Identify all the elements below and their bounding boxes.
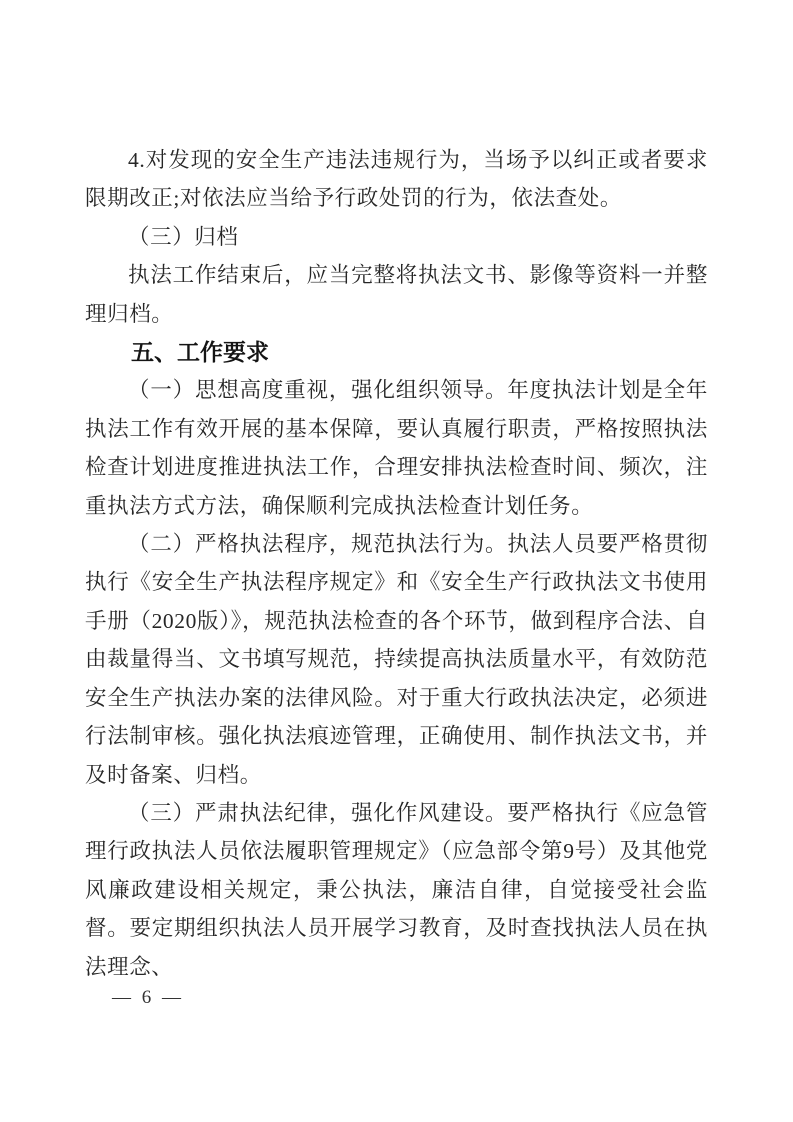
section-heading-work-requirements: 五、工作要求: [85, 333, 708, 371]
subheading-archiving: （三）归档: [85, 218, 708, 256]
paragraph-archiving-body: 执法工作结束后，应当完整将执法文书、影像等资料一并整理归档。: [85, 256, 708, 333]
document-page: 4.对发现的安全生产违法违规行为，当场予以纠正或者要求限期改正;对依法应当给予行…: [0, 0, 793, 1122]
page-number: — 6 —: [112, 987, 184, 1009]
paragraph-requirement-2: （二）严格执法程序，规范执法行为。执法人员要严格贯彻执行《安全生产执法程序规定》…: [85, 525, 708, 794]
paragraph-numbered-item-4: 4.对发现的安全生产违法违规行为，当场予以纠正或者要求限期改正;对依法应当给予行…: [85, 141, 708, 218]
document-body: 4.对发现的安全生产违法违规行为，当场予以纠正或者要求限期改正;对依法应当给予行…: [85, 141, 708, 986]
paragraph-requirement-1: （一）思想高度重视，强化组织领导。年度执法计划是全年执法工作有效开展的基本保障，…: [85, 371, 708, 525]
paragraph-requirement-3: （三）严肃执法纪律，强化作风建设。要严格执行《应急管理行政执法人员依法履职管理规…: [85, 794, 708, 986]
